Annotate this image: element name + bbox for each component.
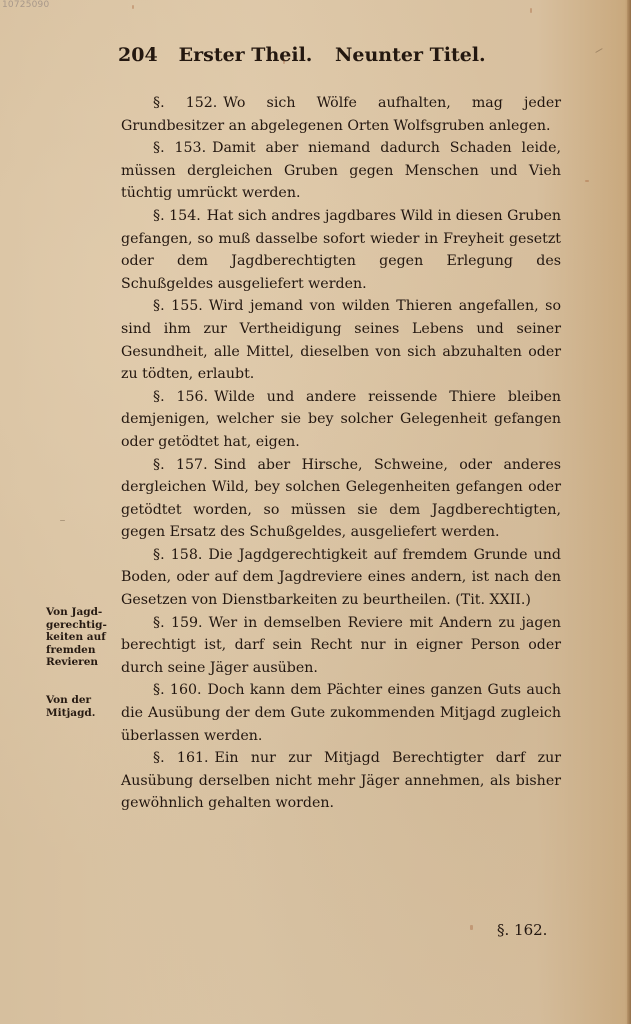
margin-note-line: Mitjagd. <box>46 707 118 720</box>
margin-note-line: Revieren <box>46 656 118 669</box>
paragraph-152: §. 152.Wo sich Wölfe aufhalten, mag jede… <box>121 92 561 137</box>
section-number: §. 160. <box>153 682 202 698</box>
paper-fleck <box>60 520 65 521</box>
scan-id-label: 10725090 <box>2 0 49 10</box>
section-number: §. 154. <box>153 208 201 224</box>
paper-fleck <box>585 180 589 182</box>
part-title: Erster Theil. <box>179 44 313 66</box>
paper-fleck <box>530 8 532 13</box>
section-number: §. 152. <box>153 95 217 111</box>
margin-note-jagdgerechtigkeit: Von Jagd- gerechtig- keiten auf fremden … <box>46 606 118 669</box>
page-edge <box>627 0 631 1024</box>
section-number: §. 153. <box>153 140 206 156</box>
paper-fleck <box>283 60 285 64</box>
catchword: §. 162. <box>497 921 547 939</box>
section-number: §. 161. <box>153 750 209 766</box>
paragraph-160: §. 160.Doch kann dem Pächter eines ganze… <box>121 679 561 747</box>
paragraph-161: §. 161.Ein nur zur Mitjagd Berechtigter … <box>121 747 561 815</box>
paragraph-154: §. 154.Hat sich andres jagdbares Wild in… <box>121 205 561 295</box>
section-number: §. 157. <box>153 457 208 473</box>
paragraph-158: §. 158.Die Jagdgerechtigkeit auf fremdem… <box>121 544 561 612</box>
margin-note-line: gerechtig- <box>46 619 118 632</box>
paragraph-156: §. 156.Wilde und andere reissende Thiere… <box>121 386 561 454</box>
section-number: §. 159. <box>153 615 203 631</box>
running-header: 204 Erster Theil. Neunter Titel. <box>118 44 498 76</box>
paper-fleck <box>470 925 473 930</box>
margin-note-line: Von der <box>46 694 118 707</box>
margin-note-line: keiten auf <box>46 631 118 644</box>
margin-note-line: Von Jagd- <box>46 606 118 619</box>
title-heading: Neunter Titel. <box>335 44 486 66</box>
paragraph-155: §. 155.Wird jemand von wilden Thieren an… <box>121 295 561 385</box>
paper-fleck <box>132 5 134 9</box>
paper-fleck <box>595 48 602 53</box>
section-number: §. 156. <box>153 389 208 405</box>
section-number: §. 158. <box>153 547 202 563</box>
margin-note-line: fremden <box>46 644 118 657</box>
paragraph-159: §. 159.Wer in demselben Reviere mit Ande… <box>121 612 561 680</box>
body-text: §. 152.Wo sich Wölfe aufhalten, mag jede… <box>121 92 561 815</box>
section-number: §. 155. <box>153 298 203 314</box>
page-number: 204 <box>118 44 172 66</box>
paragraph-157: §. 157.Sind aber Hirsche, Schweine, oder… <box>121 454 561 544</box>
paragraph-153: §. 153.Damit aber niemand dadurch Schade… <box>121 137 561 205</box>
margin-note-mitjagd: Von der Mitjagd. <box>46 694 118 719</box>
